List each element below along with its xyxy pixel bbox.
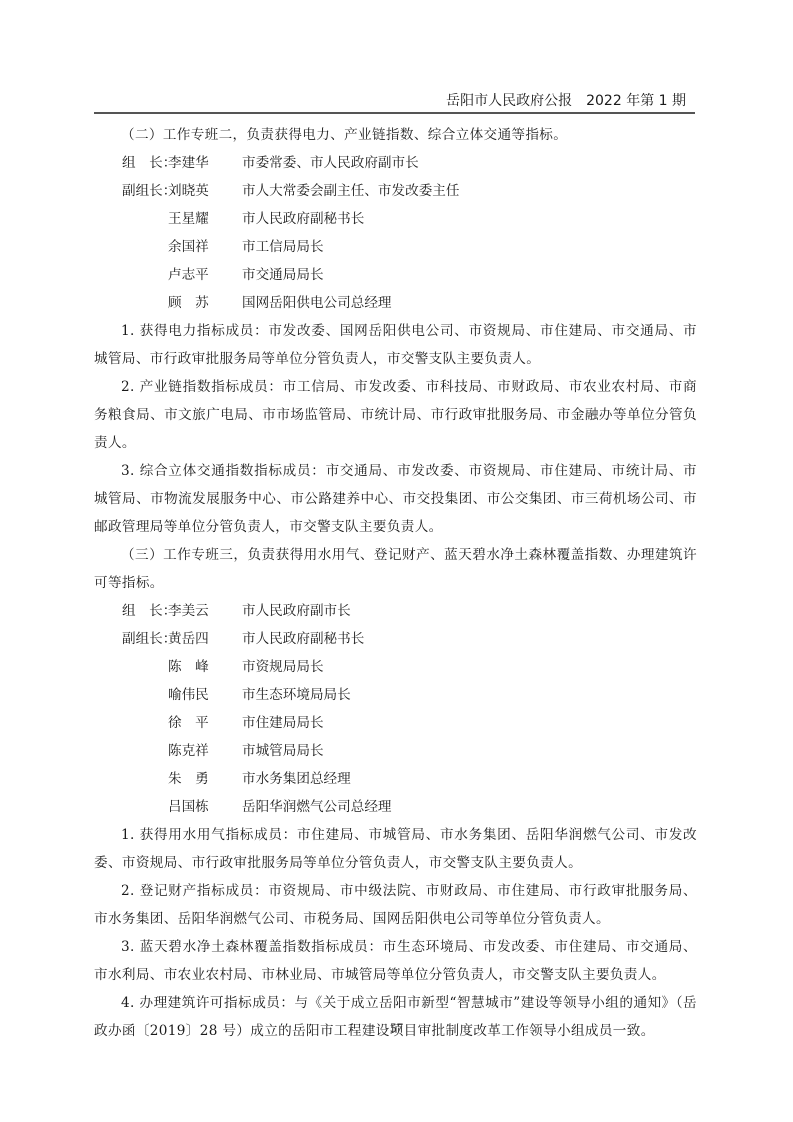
member-name: 喻伟民 <box>168 681 209 709</box>
section-3-item-2: 2. 登记财产指标成员：市资规局、市中级法院、市财政局、市住建局、市行政审批服务… <box>94 877 697 933</box>
section-2-heading: （二）工作专班二，负责获得电力、产业链指数、综合立体交通等指标。 <box>94 121 697 149</box>
member-row: 徐 平市住建局局长 <box>94 709 697 737</box>
member-title: 市工信局局长 <box>242 233 324 261</box>
member-title: 市城管局局长 <box>242 737 324 765</box>
member-name: 黄岳四 <box>168 625 209 653</box>
member-title: 市住建局局长 <box>242 709 324 737</box>
member-name: 徐 平 <box>168 709 209 737</box>
member-name: 陈克祥 <box>168 737 209 765</box>
member-title: 岳阳华润燃气公司总经理 <box>242 793 392 821</box>
section-3-item-4: 4. 办理建筑许可指标成员：与《关于成立岳阳市新型“智慧城市”建设等领导小组的通… <box>94 989 697 1045</box>
section-2-item-1: 1. 获得电力指标成员：市发改委、国网岳阳供电公司、市资规局、市住建局、市交通局… <box>94 317 697 373</box>
member-title: 市委常委、市人民政府副市长 <box>242 149 419 177</box>
member-row: 顾 苏国网岳阳供电公司总经理 <box>94 289 697 317</box>
member-title: 市人大常委会副主任、市发改委主任 <box>242 177 460 205</box>
document-body: （二）工作专班二，负责获得电力、产业链指数、综合立体交通等指标。 组 长：李建华… <box>94 121 697 1045</box>
member-row: 王星耀市人民政府副秘书长 <box>94 205 697 233</box>
issue-number: 2022 年第 1 期 <box>586 93 686 109</box>
member-name: 刘晓英 <box>168 177 209 205</box>
member-row: 卢志平市交通局局长 <box>94 261 697 289</box>
member-title: 国网岳阳供电公司总经理 <box>242 289 392 317</box>
section-3-item-1: 1. 获得用水用气指标成员：市住建局、市城管局、市水务集团、岳阳华润燃气公司、市… <box>94 821 697 877</box>
section-3-members: 组 长：李美云市人民政府副市长 副组长：黄岳四市人民政府副秘书长 陈 峰市资规局… <box>94 597 697 821</box>
section-2-item-2: 2. 产业链指数指标成员：市工信局、市发改委、市科技局、市财政局、市农业农村局、… <box>94 373 697 457</box>
section-2-item-3: 3. 综合立体交通指数指标成员：市交通局、市发改委、市资规局、市住建局、市统计局… <box>94 457 697 541</box>
page-number: 57 <box>0 1020 793 1036</box>
section-3-heading: （三）工作专班三，负责获得用水用气、登记财产、蓝天碧水净土森林覆盖指数、办理建筑… <box>94 541 697 597</box>
member-title: 市人民政府副市长 <box>242 597 351 625</box>
member-name: 卢志平 <box>168 261 209 289</box>
member-row: 组 长：李建华市委常委、市人民政府副市长 <box>94 149 697 177</box>
member-name: 顾 苏 <box>168 289 209 317</box>
publication-name: 岳阳市人民政府公报 <box>446 93 572 109</box>
member-title: 市交通局局长 <box>242 261 324 289</box>
member-title: 市人民政府副秘书长 <box>242 625 364 653</box>
member-row: 陈 峰市资规局局长 <box>94 653 697 681</box>
section-3-item-3: 3. 蓝天碧水净土森林覆盖指数指标成员：市生态环境局、市发改委、市住建局、市交通… <box>94 933 697 989</box>
member-name: 吕国栋 <box>168 793 209 821</box>
member-row: 余国祥市工信局局长 <box>94 233 697 261</box>
member-row: 朱 勇市水务集团总经理 <box>94 765 697 793</box>
section-2-members: 组 长：李建华市委常委、市人民政府副市长 副组长：刘晓英市人大常委会副主任、市发… <box>94 149 697 317</box>
member-row: 组 长：李美云市人民政府副市长 <box>94 597 697 625</box>
member-title: 市水务集团总经理 <box>242 765 351 793</box>
member-row: 喻伟民市生态环境局局长 <box>94 681 697 709</box>
member-title: 市生态环境局局长 <box>242 681 351 709</box>
member-row: 陈克祥市城管局局长 <box>94 737 697 765</box>
member-row: 吕国栋岳阳华润燃气公司总经理 <box>94 793 697 821</box>
member-row: 副组长：黄岳四市人民政府副秘书长 <box>94 625 697 653</box>
member-name: 王星耀 <box>168 205 209 233</box>
member-name: 李建华 <box>168 149 209 177</box>
member-name: 朱 勇 <box>168 765 209 793</box>
member-name: 余国祥 <box>168 233 209 261</box>
member-name: 陈 峰 <box>168 653 209 681</box>
member-row: 副组长：刘晓英市人大常委会副主任、市发改委主任 <box>94 177 697 205</box>
member-title: 市资规局局长 <box>242 653 324 681</box>
member-title: 市人民政府副秘书长 <box>242 205 364 233</box>
page-header: 岳阳市人民政府公报2022 年第 1 期 <box>94 88 695 114</box>
member-name: 李美云 <box>168 597 209 625</box>
header-title: 岳阳市人民政府公报2022 年第 1 期 <box>446 90 686 110</box>
